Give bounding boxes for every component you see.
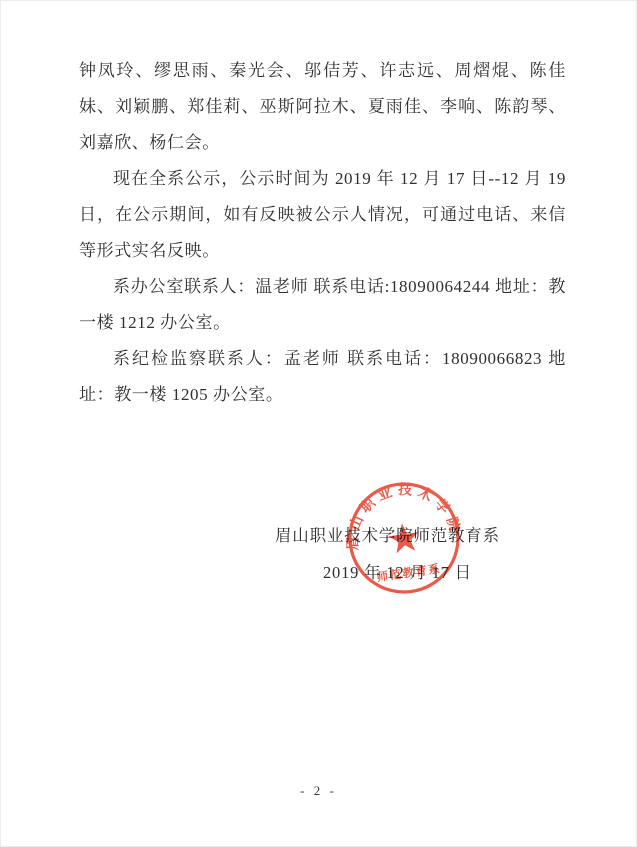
page-number: - 2 -: [1, 783, 636, 799]
signature-date: 2019 年 12 月 17 日: [323, 559, 472, 583]
document-body: 钟凤玲、缪思雨、秦光会、邬佶芳、许志远、周熠焜、陈佳妹、刘颖鹏、郑佳莉、巫斯阿拉…: [79, 53, 566, 413]
discipline-contact-paragraph: 系纪检监察联系人：孟老师 联系电话：18090066823 地址：教一楼 120…: [79, 341, 566, 413]
document-page: 钟凤玲、缪思雨、秦光会、邬佶芳、许志远、周熠焜、陈佳妹、刘颖鹏、郑佳莉、巫斯阿拉…: [0, 0, 637, 847]
office-contact-paragraph: 系办公室联系人：温老师 联系电话:18090064244 地址：教一楼 1212…: [79, 269, 566, 341]
notice-period-paragraph: 现在全系公示，公示时间为 2019 年 12 月 17 日--12 月 19 日…: [79, 161, 566, 269]
names-paragraph: 钟凤玲、缪思雨、秦光会、邬佶芳、许志远、周熠焜、陈佳妹、刘颖鹏、郑佳莉、巫斯阿拉…: [79, 53, 566, 161]
signature-organization: 眉山职业技术学院师范教育系: [275, 522, 500, 546]
